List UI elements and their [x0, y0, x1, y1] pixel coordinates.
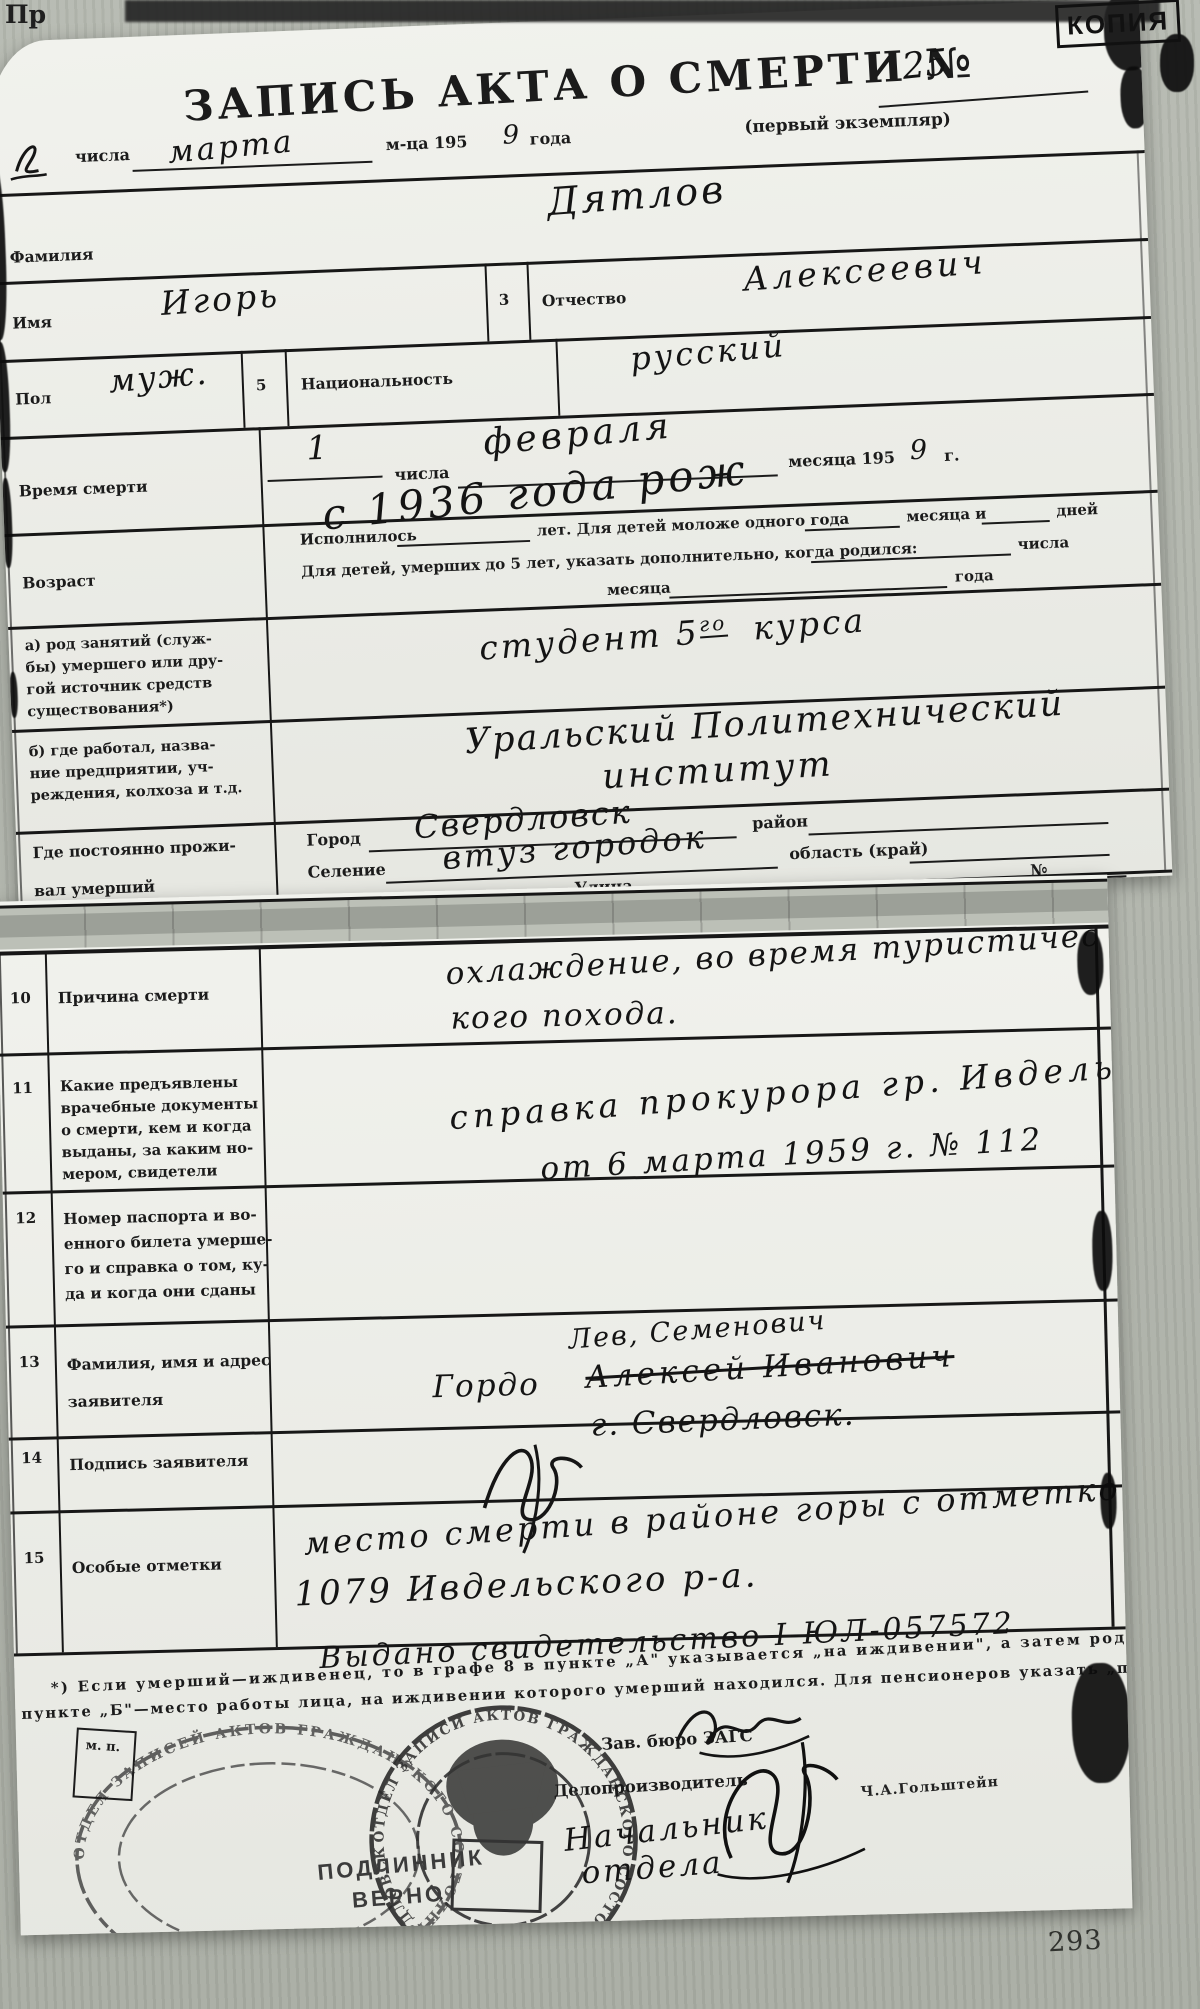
blank-line	[879, 91, 1089, 108]
age-line1c: месяца и	[906, 504, 987, 525]
special-notes-value-1: место смерти в районе горы с отметкой	[302, 1468, 1132, 1563]
applicant-label-1: Фамилия, имя и адрес	[67, 1350, 271, 1374]
patronymic-value: Алексеевич	[742, 242, 988, 299]
nationality-label: Национальность	[301, 369, 454, 394]
death-time-label: Время смерти	[18, 477, 147, 501]
special-notes-value-2: 1079 Ивдельского р-а.	[294, 1555, 759, 1614]
sex-value: муж.	[107, 354, 210, 401]
act-number-handwritten: 25	[900, 42, 950, 88]
seal-place-label: м. п.	[85, 1738, 120, 1755]
applicant-signature-label: Подпись заявителя	[69, 1451, 248, 1474]
age-line2b: числа	[1017, 533, 1069, 553]
sex-label: Пол	[15, 388, 52, 408]
book-page-dark-edge	[125, 0, 1160, 22]
applicant-city: г. Свердловск.	[590, 1397, 856, 1444]
cell-divider	[526, 262, 531, 340]
row-number: 11	[12, 1079, 33, 1098]
death-record-lower-sheet: 10 Причина смерти охлаждение, во время т…	[0, 875, 1132, 1936]
cell-divider	[285, 349, 290, 426]
occupation-value: студент 5го курса	[478, 600, 867, 667]
workplace-label-3: реждения, колхоза и т.д.	[30, 779, 242, 804]
clerk-signature	[694, 1730, 888, 1895]
death-record-upper-sheet: ЗАПИСЬ АКТА О СМЕРТИ № 25 числа марта м-…	[0, 0, 1172, 920]
occupation-label-1: а) род занятий (служ-	[24, 630, 212, 654]
passport-label-4: да и когда они сданы	[65, 1280, 256, 1303]
cell-divider	[484, 263, 489, 341]
death-day-handwritten: 1	[306, 428, 328, 468]
residence-label-1: Где постоянно прожи-	[32, 835, 236, 862]
blank-line	[268, 476, 383, 482]
table-left-border	[0, 954, 18, 1654]
workplace-value-2: институт	[601, 744, 834, 797]
residence-gorod-label: Город	[306, 829, 361, 850]
field-number: 5	[256, 376, 267, 394]
blank-line	[910, 854, 1110, 864]
scanned-death-record-page: Пр ЗАПИСЬ АКТА О СМЕРТИ № 25 числа марта…	[0, 0, 1200, 2009]
occupation-value-tail: курса	[752, 600, 868, 647]
row-number: 10	[10, 989, 31, 1008]
residence-oblast-label: область (край)	[789, 839, 929, 863]
age-line3b: года	[954, 566, 994, 585]
scan-artifact	[1070, 1662, 1131, 1783]
death-mes-label: месяца 195	[788, 448, 895, 471]
blank-line	[809, 822, 1109, 836]
patronymic-label: Отчество	[542, 288, 627, 310]
first-copy-note: (первый экземпляр)	[744, 109, 951, 137]
seal-place-box: м. п.	[73, 1728, 137, 1802]
scan-artifact	[9, 672, 19, 718]
scan-artifact	[1160, 34, 1194, 92]
copy-stamp-text: КОПИЯ	[1066, 5, 1170, 40]
label-column-divider	[259, 427, 279, 904]
book-page-number: 293	[1047, 1925, 1103, 1959]
rule	[6, 1298, 1118, 1328]
applicant-surname: Гордо	[432, 1367, 540, 1406]
age-line1d: дней	[1056, 500, 1098, 520]
medical-docs-value-2: от 6 марта 1959 г. № 112	[539, 1121, 1044, 1187]
row-number: 15	[23, 1549, 44, 1568]
row-number: 13	[19, 1353, 40, 1372]
firstname-value: Игорь	[159, 275, 281, 323]
residence-selenie-label: Селение	[307, 860, 386, 882]
row-number: 12	[15, 1209, 36, 1228]
dateline-chisla-label: числа	[75, 145, 131, 166]
workplace-label-2: ние предприятии, уч-	[29, 758, 214, 782]
label-column-divider	[259, 947, 278, 1647]
row-number: 14	[21, 1449, 42, 1468]
occupation-value-ordinal: го	[698, 611, 728, 639]
workplace-label-1: б) где работал, назва-	[29, 736, 216, 760]
number-column-divider	[45, 953, 64, 1653]
death-g-label: г.	[944, 445, 960, 465]
occupation-label-2: бы) умершего или дру-	[25, 652, 223, 677]
applicant-signature	[469, 1424, 632, 1558]
dateline-goda-label: года	[529, 128, 571, 149]
scan-artifact	[0, 160, 9, 341]
medical-docs-label-1: Какие предъявлены	[60, 1074, 238, 1095]
cell-divider	[241, 351, 246, 428]
passport-label-1: Номер паспорта и во-	[63, 1205, 257, 1228]
dateline-mtsa-label: м-ца 195	[385, 132, 467, 154]
residence-label-2: вал умерший	[34, 877, 156, 901]
medical-docs-label-2: врачебные документы	[60, 1095, 258, 1117]
occupation-value-main: студент 5	[478, 613, 701, 668]
surname-value: Дятлов	[546, 167, 728, 224]
dateline-year-handwritten: 9	[502, 120, 520, 151]
special-notes-label: Особые отметки	[72, 1554, 222, 1577]
passport-label-3: го и справка о том, ку-	[64, 1255, 269, 1278]
nationality-value: русский	[629, 326, 788, 378]
medical-docs-label-4: выданы, за каким но-	[61, 1140, 253, 1162]
applicant-label-2: заявителя	[68, 1390, 164, 1411]
age-line3a: месяца	[607, 579, 671, 599]
residence-rayon-label: район	[752, 811, 809, 832]
cause-of-death-label: Причина смерти	[58, 985, 210, 1008]
cell-divider	[555, 339, 560, 416]
blank-line	[982, 520, 1050, 525]
surname-label: Фамилия	[9, 244, 93, 266]
edge-text-fragment: Пр	[5, 0, 46, 29]
registration-day-scrawl	[5, 131, 67, 183]
blank-line	[397, 540, 530, 547]
scan-artifact	[1091, 1211, 1113, 1291]
field-number: 3	[498, 291, 509, 309]
column-divider	[1137, 150, 1167, 870]
copy-stamp: КОПИЯ	[1055, 0, 1181, 48]
medical-docs-label-5: мером, свидетели	[62, 1162, 218, 1183]
cause-of-death-value-2: кого похода.	[450, 995, 679, 1037]
death-year-handwritten: 9	[909, 435, 927, 467]
age-label: Возраст	[22, 571, 96, 593]
firstname-label: Имя	[12, 312, 52, 333]
age-line2: Для детей, умерших до 5 лет, указать доп…	[301, 539, 918, 581]
scan-artifact	[0, 478, 13, 568]
occupation-label-4: существования*)	[27, 698, 174, 721]
scan-artifact	[1077, 931, 1105, 996]
medical-docs-label-3: о смерти, кем и когда	[61, 1118, 252, 1140]
scan-artifact	[1119, 66, 1149, 129]
passport-label-2: енного билета умерше-	[64, 1230, 273, 1253]
occupation-label-3: гой источник средств	[26, 674, 212, 698]
